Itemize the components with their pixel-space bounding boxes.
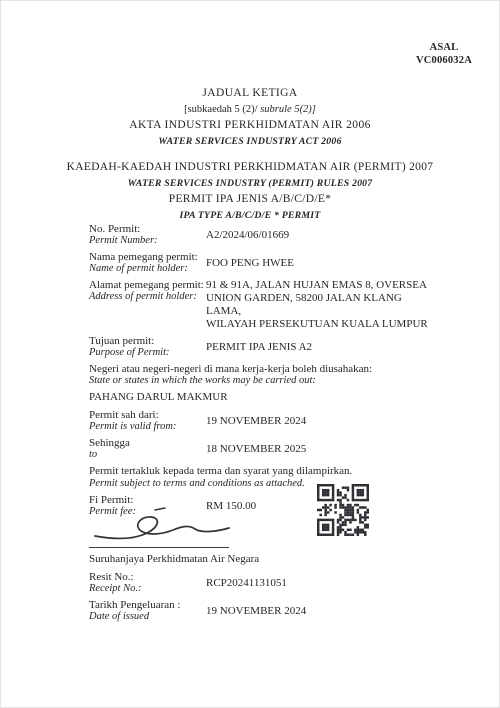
- document-header: JADUAL KETIGA [subkaedah 5 (2)/ subrule …: [1, 87, 499, 147]
- valid-to-label-en: to: [89, 449, 206, 461]
- state-statement: Negeri atau negeri-negeri di mana kerja-…: [89, 363, 439, 387]
- holder-address-value: 91 & 91A, JALAN HUJAN EMAS 8, OVERSEA UN…: [206, 279, 439, 331]
- field-receipt-number: Resit No.: Receipt No.: RCP20241131051: [89, 571, 439, 595]
- permit-number-value: A2/2024/06/01669: [206, 223, 439, 247]
- permit-number-label-my: No. Permit:: [89, 223, 206, 235]
- purpose-value: PERMIT IPA JENIS A2: [206, 335, 439, 359]
- act-title-my: AKTA INDUSTRI PERKHIDMATAN AIR 2006: [1, 119, 499, 131]
- signature-line: [89, 547, 229, 548]
- permit-type-title-en: IPA TYPE A/B/C/D/E * PERMIT: [1, 210, 499, 221]
- permit-document-page: ASAL VC006032A JADUAL KETIGA [subkaedah …: [0, 0, 500, 708]
- subrule-line: [subkaedah 5 (2)/ subrule 5(2)]: [1, 104, 499, 115]
- state-value: PAHANG DARUL MAKMUR: [89, 390, 439, 404]
- issue-date-label-en: Date of issued: [89, 611, 206, 623]
- rules-title-en: WATER SERVICES INDUSTRY (PERMIT) RULES 2…: [1, 178, 499, 189]
- permit-fields: No. Permit: Permit Number: A2/2024/06/01…: [89, 223, 439, 522]
- schedule-title: JADUAL KETIGA: [1, 87, 499, 99]
- field-valid-to: Sehingga to 18 NOVEMBER 2025: [89, 437, 439, 461]
- address-line-3: WILAYAH PERSEKUTUAN KUALA LUMPUR: [206, 318, 439, 331]
- issue-date-value: 19 NOVEMBER 2024: [206, 599, 439, 623]
- valid-to-label-my: Sehingga: [89, 437, 206, 449]
- address-line-1: 91 & 91A, JALAN HUJAN EMAS 8, OVERSEA: [206, 279, 439, 292]
- terms-note: Permit tertakluk kepada terma dan syarat…: [89, 465, 439, 490]
- rules-title-my: KAEDAH-KAEDAH INDUSTRI PERKHIDMATAN AIR …: [1, 161, 499, 173]
- terms-note-en: Permit subject to terms and conditions a…: [89, 478, 439, 491]
- document-copy-stamp: ASAL VC006032A: [416, 42, 472, 67]
- address-line-2: UNION GARDEN, 58200 JALAN KLANG LAMA,: [206, 292, 439, 318]
- rules-header: KAEDAH-KAEDAH INDUSTRI PERKHIDMATAN AIR …: [1, 161, 499, 225]
- field-purpose: Tujuan permit: Purpose of Permit: PERMIT…: [89, 335, 439, 359]
- field-issue-date: Tarikh Pengeluaran : Date of issued 19 N…: [89, 599, 439, 623]
- receipt-value: RCP20241131051: [206, 571, 439, 595]
- valid-from-label-en: Permit is valid from:: [89, 421, 206, 433]
- holder-name-value: FOO PENG HWEE: [206, 251, 439, 275]
- state-label-my: Negeri atau negeri-negeri di mana kerja-…: [89, 363, 372, 375]
- copy-label: ASAL: [416, 42, 472, 55]
- holder-address-label-en: Address of permit holder:: [89, 291, 206, 303]
- valid-to-value: 18 NOVEMBER 2025: [206, 437, 439, 461]
- act-title-en: WATER SERVICES INDUSTRY ACT 2006: [1, 136, 499, 147]
- purpose-label-my: Tujuan permit:: [89, 335, 206, 347]
- field-holder-address: Alamat pemegang permit: Address of permi…: [89, 279, 439, 331]
- holder-name-label-en: Name of permit holder:: [89, 263, 206, 275]
- field-valid-from: Permit sah dari: Permit is valid from: 1…: [89, 409, 439, 433]
- valid-from-value: 19 NOVEMBER 2024: [206, 409, 439, 433]
- state-label-en: State or states in which the works may b…: [89, 375, 439, 387]
- valid-from-label-my: Permit sah dari:: [89, 409, 206, 421]
- document-number: VC006032A: [416, 55, 472, 68]
- permit-number-label-en: Permit Number:: [89, 235, 206, 247]
- holder-address-label-my: Alamat pemegang permit:: [89, 279, 206, 291]
- receipt-label-en: Receipt No.:: [89, 583, 206, 595]
- permit-type-title-my: PERMIT IPA JENIS A/B/C/D/E*: [1, 193, 499, 205]
- receipt-label-my: Resit No.:: [89, 571, 206, 583]
- field-permit-number: No. Permit: Permit Number: A2/2024/06/01…: [89, 223, 439, 247]
- authority-name: Suruhanjaya Perkhidmatan Air Negara: [89, 553, 439, 566]
- terms-note-my: Permit tertakluk kepada terma dan syarat…: [89, 465, 352, 477]
- signature-icon: [89, 503, 239, 547]
- issue-date-label-my: Tarikh Pengeluaran :: [89, 599, 206, 611]
- holder-name-label-my: Nama pemegang permit:: [89, 251, 206, 263]
- signature-block: Suruhanjaya Perkhidmatan Air Negara Resi…: [89, 503, 439, 627]
- purpose-label-en: Purpose of Permit:: [89, 347, 206, 359]
- field-holder-name: Nama pemegang permit: Name of permit hol…: [89, 251, 439, 275]
